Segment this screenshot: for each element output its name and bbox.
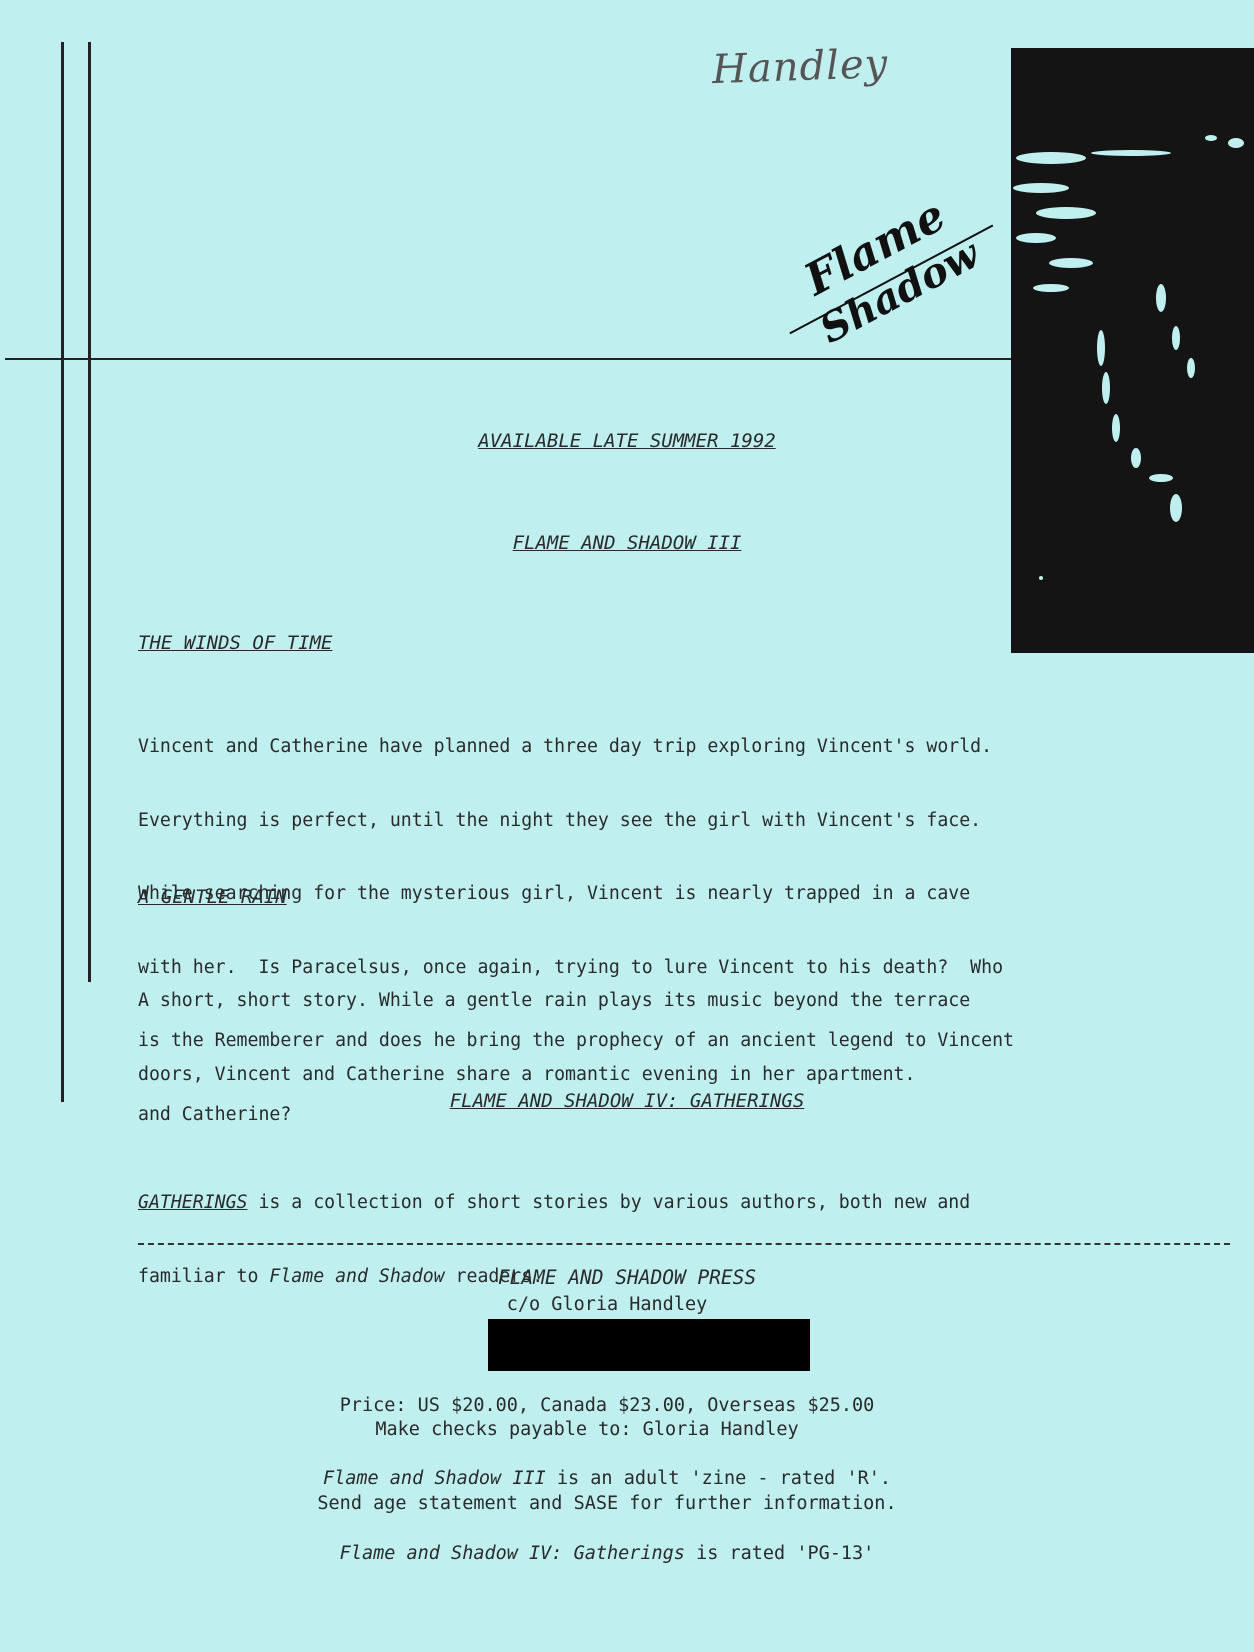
dashed-divider: [138, 1243, 1230, 1245]
redacted-address: [488, 1319, 810, 1371]
press-name: FLAME AND SHADOW PRESS: [0, 1266, 1254, 1291]
text-line: Vincent and Catherine have planned a thr…: [138, 735, 1158, 760]
issue-title: FLAME AND SHADOW III: [0, 532, 1254, 554]
price-line: Price: US $20.00, Canada $23.00, Oversea…: [0, 1394, 1234, 1419]
text-fragment: is a collection of short stories by vari…: [248, 1192, 971, 1213]
text-line: GATHERINGS is a collection of short stor…: [138, 1191, 1158, 1216]
story-description-gentle-rain: A short, short story. While a gentle rai…: [138, 940, 1158, 1112]
title-reference: Flame and Shadow IV: Gatherings: [340, 1543, 685, 1564]
rating-issue4-line: Flame and Shadow IV: Gatherings is rated…: [0, 1542, 1234, 1567]
gatherings-lead: GATHERINGS: [138, 1192, 248, 1213]
cover-image-art: [1011, 48, 1254, 653]
story-title-winds-of-time: THE WINDS OF TIME: [138, 632, 332, 654]
text-fragment: is an adult 'zine - rated 'R'.: [546, 1468, 891, 1489]
availability-heading: AVAILABLE LATE SUMMER 1992: [0, 430, 1254, 452]
story-title-gentle-rain: A GENTLE RAIN: [138, 886, 287, 908]
checks-line: Make checks payable to: Gloria Handley: [0, 1418, 1214, 1443]
cover-image: [1011, 48, 1254, 653]
left-border-line-inner: [88, 42, 91, 982]
rating-issue3-line: Flame and Shadow III is an adult 'zine -…: [0, 1467, 1234, 1492]
handwritten-note: Handley: [711, 41, 889, 93]
text-line: doors, Vincent and Catherine share a rom…: [138, 1063, 1158, 1088]
text-line: A short, short story. While a gentle rai…: [138, 989, 1158, 1014]
title-reference: Flame and Shadow III: [323, 1468, 546, 1489]
issue4-title: FLAME AND SHADOW IV: GATHERINGS: [0, 1090, 1254, 1112]
left-border-line-outer: [61, 42, 64, 1102]
text-fragment: is rated 'PG-13': [685, 1543, 874, 1564]
text-line: While searching for the mysterious girl,…: [138, 882, 1158, 907]
flame-shadow-logo: Flame Shadow: [779, 176, 1021, 394]
age-statement-line: Send age statement and SASE for further …: [0, 1492, 1234, 1517]
care-of-line: c/o Gloria Handley: [0, 1293, 1234, 1318]
text-line: Everything is perfect, until the night t…: [138, 809, 1158, 834]
